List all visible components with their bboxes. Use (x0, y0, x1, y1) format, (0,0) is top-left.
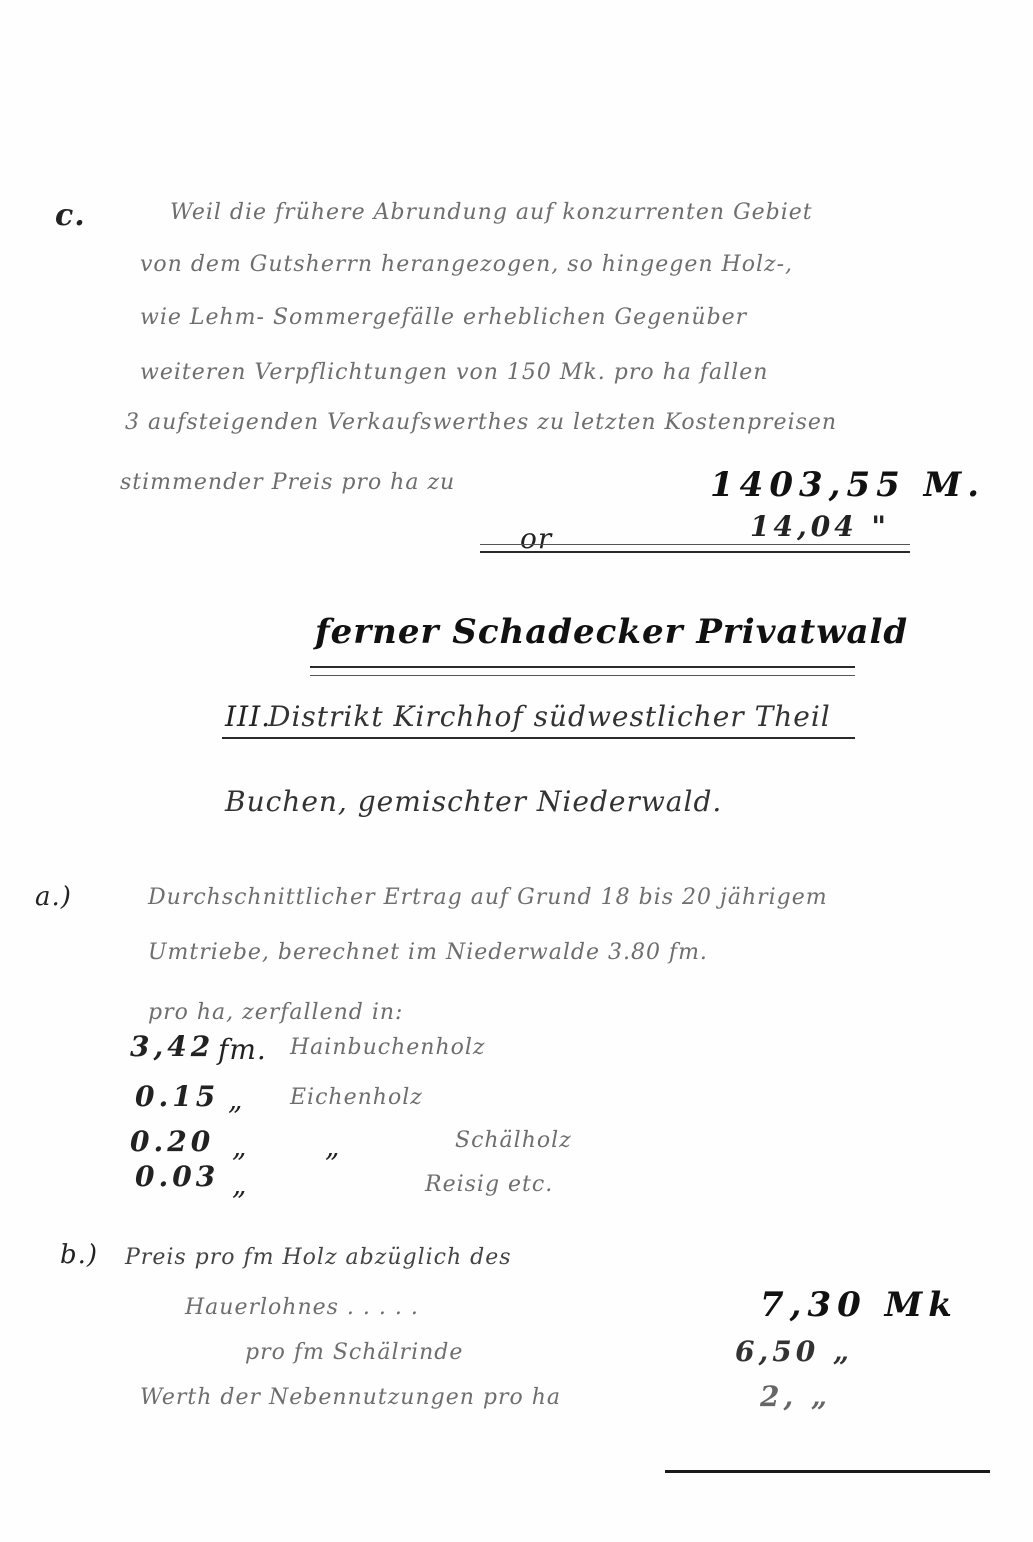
section-a-line-1: Durchschnittlicher Ertrag auf Grund 18 b… (148, 885, 828, 910)
section-c-marker: c. (55, 198, 86, 233)
section-a-line-2: Umtriebe, berechnet im Niederwalde 3.80 … (148, 940, 708, 965)
section-a-line-3: pro ha, zerfallend in: (148, 1000, 403, 1025)
value-per-ha: 1403,55 M. (710, 465, 985, 505)
value-hauerlohn: 7,30 Mk (760, 1285, 958, 1325)
breakdown-unit-3: „ (232, 1130, 248, 1163)
section-b-marker: b.) (60, 1240, 98, 1270)
heading-privatwald: ferner Schadecker Privatwald (315, 612, 908, 652)
subheading-underline (222, 737, 855, 739)
breakdown-wood-1: Hainbuchenholz (290, 1035, 485, 1060)
value-secondary: 14,04 " (750, 510, 890, 543)
value-nebennutzungen: 2, „ (760, 1380, 831, 1413)
breakdown-wood-3: Schälholz (455, 1128, 572, 1153)
section-c-line-4: weiteren Verpflichtungen von 150 Mk. pro… (140, 360, 768, 385)
forest-description: Buchen, gemischter Niederwald. (225, 785, 722, 818)
section-a-marker: a.) (35, 882, 72, 912)
breakdown-amount-2: 0.15 (135, 1080, 219, 1113)
section-b-line-2: Hauerlohnes . . . . . (185, 1295, 419, 1320)
section-c-line-5: 3 aufsteigenden Verkaufswerthes zu letzt… (125, 410, 837, 435)
section-b-line-4: Werth der Nebennutzungen pro ha (140, 1385, 561, 1410)
section-c-line-6: stimmender Preis pro ha zu (120, 470, 455, 495)
subheading-marker: III. (225, 700, 271, 733)
breakdown-amount-4: 0.03 (135, 1160, 219, 1193)
section-c-line-1: Weil die frühere Abrundung auf konzurren… (170, 200, 813, 225)
heading-underline-2 (310, 675, 855, 676)
value-schaelrinde: 6,50 „ (735, 1335, 853, 1368)
section-c-line-2: von dem Gutsherrn herangezogen, so hinge… (140, 252, 793, 277)
sum-rule-bottom (480, 551, 910, 553)
breakdown-unit-4: „ (232, 1168, 248, 1201)
total-rule (665, 1470, 990, 1473)
breakdown-wood-4: Reisig etc. (425, 1172, 553, 1197)
breakdown-wood-2: Eichenholz (290, 1085, 423, 1110)
breakdown-unit-1: fm. (218, 1033, 267, 1066)
section-c-line-3: wie Lehm- Sommergefälle erheblichen Gege… (140, 305, 747, 330)
sum-rule-top (480, 544, 910, 545)
breakdown-ditto-3: „ (325, 1130, 341, 1163)
breakdown-amount-3: 0.20 (130, 1125, 214, 1158)
section-b-line-3: pro fm Schälrinde (245, 1340, 463, 1365)
section-b-line-1: Preis pro fm Holz abzüglich des (125, 1245, 512, 1270)
breakdown-amount-1: 3,42 (130, 1030, 214, 1063)
heading-underline-1 (310, 666, 855, 668)
manuscript-page: c. Weil die frühere Abrundung auf konzur… (0, 0, 1033, 1542)
breakdown-unit-2: „ (228, 1083, 244, 1116)
subheading-distrikt: Distrikt Kirchhof südwestlicher Theil (268, 700, 831, 733)
